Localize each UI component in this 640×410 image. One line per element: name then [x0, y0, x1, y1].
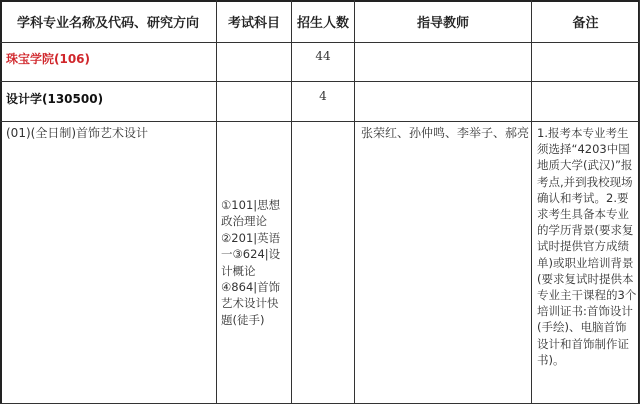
college-exam-cell	[217, 43, 292, 82]
direction-advisors-cell: 张荣红、孙仲鸣、李举子、郝亮	[355, 122, 532, 404]
direction-count	[292, 122, 355, 404]
college-notes-cell	[532, 43, 640, 82]
college-count: 44	[292, 43, 355, 82]
major-name: 设计学(130500)	[6, 92, 103, 106]
major-count: 4	[292, 82, 355, 122]
direction-name: (01)(全日制)首饰艺术设计	[6, 126, 148, 140]
header-enrollment-count: 招生人数	[292, 0, 355, 43]
direction-notes-cell: 1.报考本专业考生须选择“4203中国地质大学(武汉)”报考点,并到我校现场确认…	[532, 122, 640, 404]
major-advisors-cell	[355, 82, 532, 122]
college-advisors-cell	[355, 43, 532, 82]
major-exam-cell	[217, 82, 292, 122]
direction-exam-subjects: ①101|思想政治理论 ②201|英语一③624|设计概论④864|首饰艺术设计…	[217, 197, 291, 328]
header-advisors: 指导教师	[355, 0, 532, 43]
direction-advisors: 张荣红、孙仲鸣、李举子、郝亮	[361, 126, 529, 140]
admissions-table: 学科专业名称及代码、研究方向 考试科目 招生人数 指导教师 备注 珠宝学院(10…	[0, 0, 640, 410]
header-exam-subjects: 考试科目	[217, 0, 292, 43]
table-row-college: 珠宝学院(106)	[0, 43, 217, 82]
table-row-direction: (01)(全日制)首饰艺术设计	[0, 122, 217, 404]
major-notes-cell	[532, 82, 640, 122]
direction-notes: 1.报考本专业考生须选择“4203中国地质大学(武汉)”报考点,并到我校现场确认…	[532, 122, 639, 368]
direction-exam-cell: ①101|思想政治理论 ②201|英语一③624|设计概论④864|首饰艺术设计…	[217, 122, 292, 404]
header-major-name: 学科专业名称及代码、研究方向	[0, 0, 217, 43]
table-row-major: 设计学(130500)	[0, 82, 217, 122]
header-notes: 备注	[532, 0, 640, 43]
college-name: 珠宝学院(106)	[6, 52, 90, 66]
